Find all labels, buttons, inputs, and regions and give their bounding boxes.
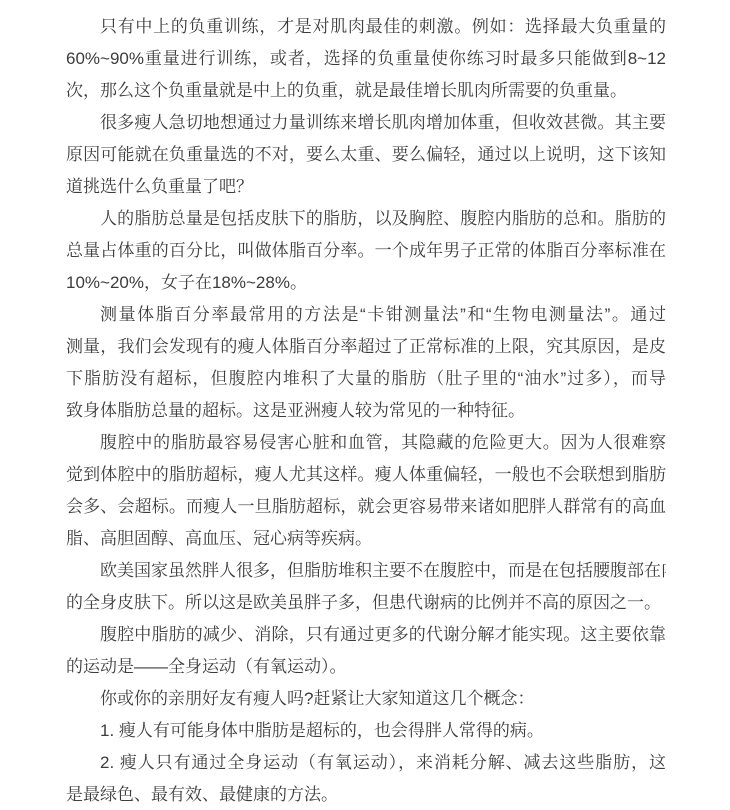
paragraph: 1. 瘦人有可能身体中脂肪是超标的，也会得胖人常得的病。: [66, 715, 666, 747]
text-line: 是最绿色、最有效、最健康的方法。: [66, 779, 666, 810]
paragraph: 2. 瘦人只有通过全身运动（有氧运动），来消耗分解、减去这些脂肪，这是最绿色、最…: [66, 747, 666, 810]
text-line: 会多、会超标。而瘦人一旦脂肪超标，就会更容易带来诸如肥胖人群常有的高血: [66, 491, 666, 523]
text-line: 测量，我们会发现有的瘦人体脂百分率超过了正常标准的上限，究其原因，是皮: [66, 331, 666, 363]
text-line: 只有中上的负重训练，才是对肌肉最佳的刺激。例如：选择最大负重量的: [66, 11, 666, 43]
text-line: 脂、高胆固醇、高血压、冠心病等疾病。: [66, 523, 666, 555]
document-page: 只有中上的负重训练，才是对肌肉最佳的刺激。例如：选择最大负重量的60%~90%重…: [0, 0, 730, 810]
text-line: 腹腔中的脂肪最容易侵害心脏和血管，其隐藏的危险更大。因为人很难察: [66, 427, 666, 459]
text-line: 致身体脂肪总量的超标。这是亚洲瘦人较为常见的一种特征。: [66, 395, 666, 427]
paragraph: 只有中上的负重训练，才是对肌肉最佳的刺激。例如：选择最大负重量的60%~90%重…: [66, 11, 666, 107]
paragraph: 很多瘦人急切地想通过力量训练来增长肌肉增加体重，但收效甚微。其主要原因可能就在负…: [66, 107, 666, 203]
text-line: 人的脂肪总量是包括皮肤下的脂肪，以及胸腔、腹腔内脂肪的总和。脂肪的: [66, 203, 666, 235]
text-line: 的全身皮肤下。所以这是欧美虽胖子多，但患代谢病的比例并不高的原因之一。: [66, 587, 666, 619]
paragraph: 人的脂肪总量是包括皮肤下的脂肪，以及胸腔、腹腔内脂肪的总和。脂肪的总量占体重的百…: [66, 203, 666, 299]
text-line: 10%~20%，女子在18%~28%。: [66, 267, 666, 299]
text-line: 测量体脂百分率最常用的方法是“卡钳测量法”和“生物电测量法”。通过: [66, 299, 666, 331]
text-line: 下脂肪没有超标，但腹腔内堆积了大量的脂肪（肚子里的“油水”过多），而导: [66, 363, 666, 395]
paragraph: 腹腔中脂肪的减少、消除，只有通过更多的代谢分解才能实现。这主要依靠的运动是——全…: [66, 619, 666, 683]
text-line: 很多瘦人急切地想通过力量训练来增长肌肉增加体重，但收效甚微。其主要: [66, 107, 666, 139]
text-line: 道挑选什么负重量了吧？: [66, 171, 666, 203]
text-line: 次，那么这个负重量就是中上的负重，就是最佳增长肌肉所需要的负重量。: [66, 75, 666, 107]
paragraph: 欧美国家虽然胖人很多，但脂肪堆积主要不在腹腔中，而是在包括腰腹部在内的全身皮肤下…: [66, 555, 666, 619]
text-line: 欧美国家虽然胖人很多，但脂肪堆积主要不在腹腔中，而是在包括腰腹部在内: [66, 555, 666, 587]
text-line: 原因可能就在负重量选的不对，要么太重、要么偏轻，通过以上说明，这下该知: [66, 139, 666, 171]
paragraph: 你或你的亲朋好友有瘦人吗?赶紧让大家知道这几个概念：: [66, 683, 666, 715]
text-line: 2. 瘦人只有通过全身运动（有氧运动），来消耗分解、减去这些脂肪，这: [66, 747, 666, 779]
text-line: 腹腔中脂肪的减少、消除，只有通过更多的代谢分解才能实现。这主要依靠: [66, 619, 666, 651]
paragraph: 腹腔中的脂肪最容易侵害心脏和血管，其隐藏的危险更大。因为人很难察觉到体腔中的脂肪…: [66, 427, 666, 555]
text-line: 1. 瘦人有可能身体中脂肪是超标的，也会得胖人常得的病。: [66, 715, 666, 747]
paragraph: 测量体脂百分率最常用的方法是“卡钳测量法”和“生物电测量法”。通过测量，我们会发…: [66, 299, 666, 427]
text-line: 你或你的亲朋好友有瘦人吗?赶紧让大家知道这几个概念：: [66, 683, 666, 715]
text-line: 觉到体腔中的脂肪超标，瘦人尤其这样。瘦人体重偏轻，一般也不会联想到脂肪: [66, 459, 666, 491]
text-line: 的运动是——全身运动（有氧运动）。: [66, 651, 666, 683]
text-line: 总量占体重的百分比，叫做体脂百分率。一个成年男子正常的体脂百分率标准在: [66, 235, 666, 267]
text-line: 60%~90%重量进行训练，或者，选择的负重量使你练习时最多只能做到8~12: [66, 43, 666, 75]
